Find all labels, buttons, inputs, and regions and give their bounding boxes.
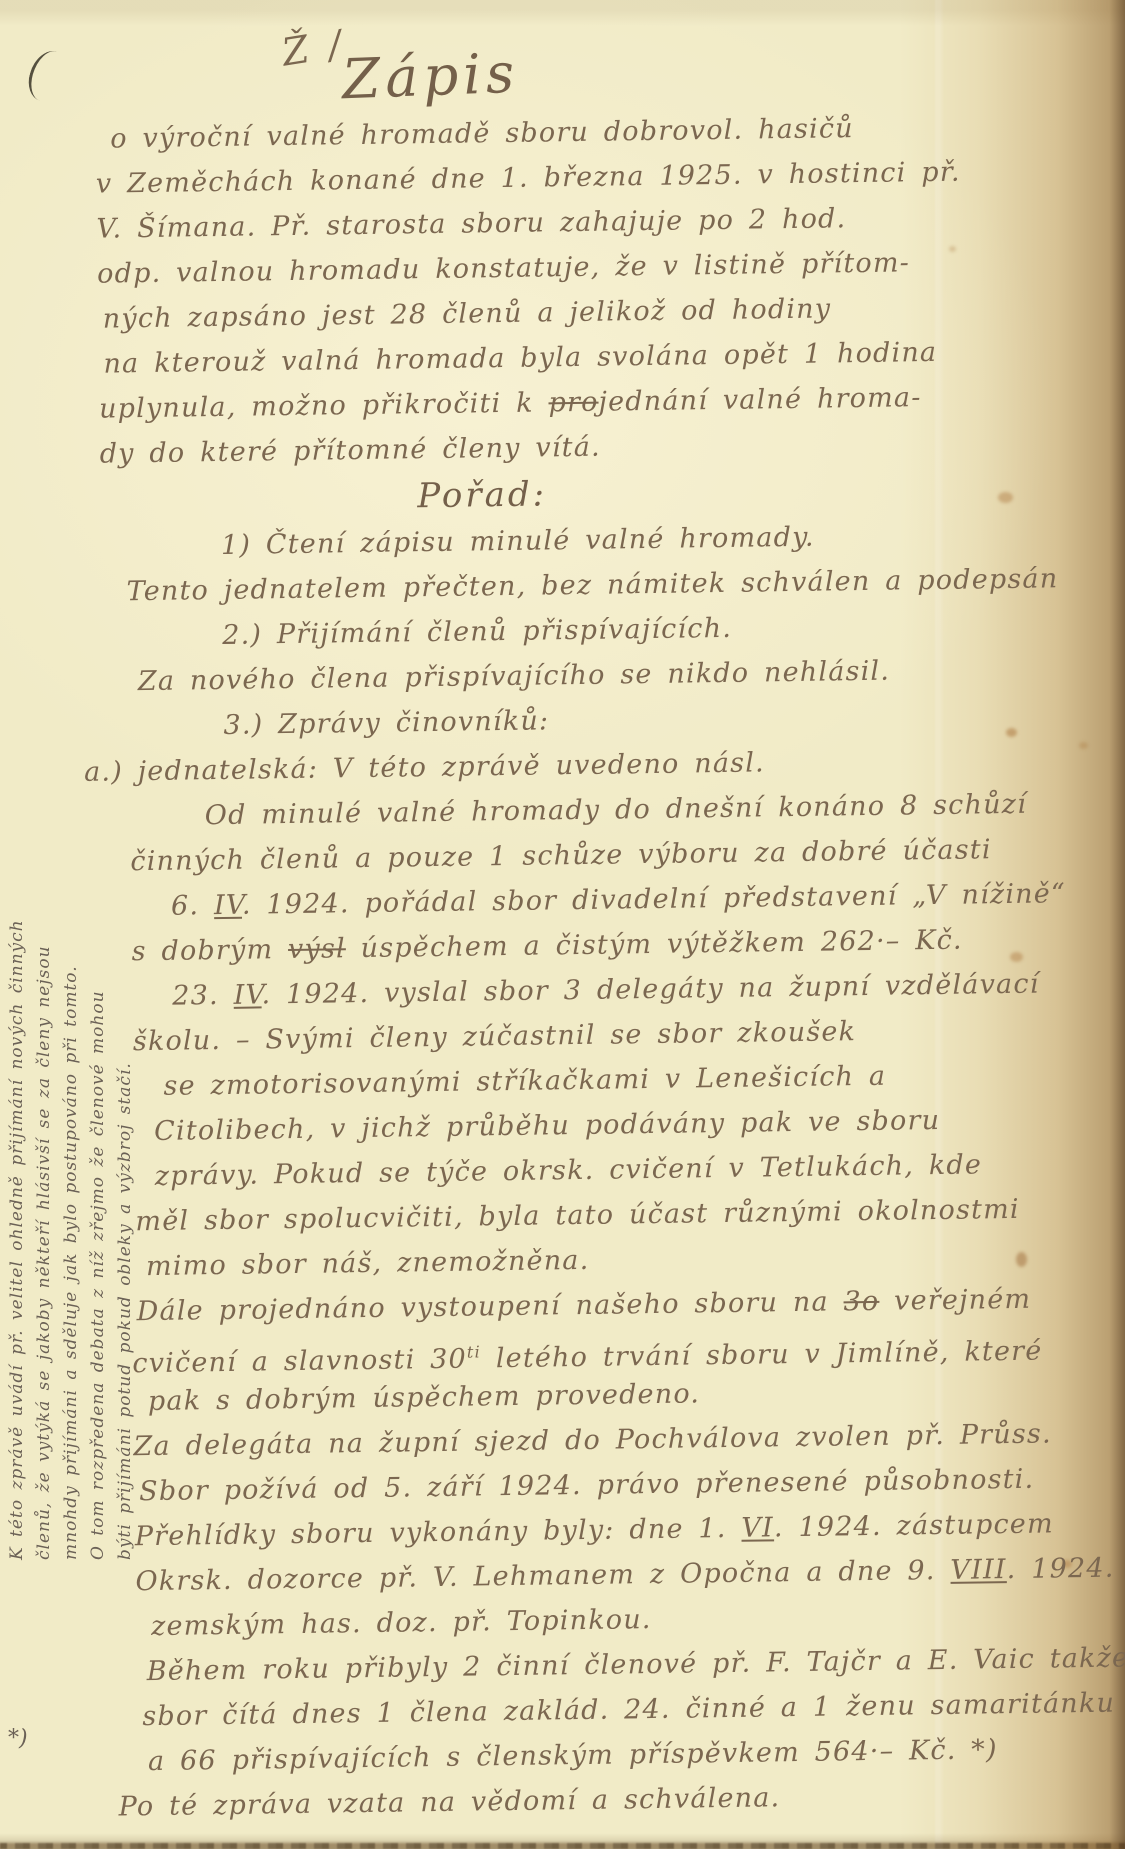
margin-note-line: mnohdy přijímáni a sděluje jak bylo post… bbox=[58, 768, 85, 1560]
pen-mark bbox=[24, 46, 74, 106]
document-title: Zápis bbox=[341, 41, 520, 112]
footnote-marker: *) bbox=[8, 1726, 28, 1751]
margin-note-line: býti přijímáni potud pokud obleky a výzb… bbox=[112, 768, 139, 1560]
document-body: o výroční valné hromadě sboru dobrovol. … bbox=[0, 102, 1125, 1831]
margin-note-line: O tom rozpředena debata z níž zřejmo že … bbox=[85, 768, 112, 1560]
manuscript-page: Ž / Zápis o výroční valné hromadě sboru … bbox=[0, 0, 1125, 1849]
page-bottom-edge bbox=[0, 1843, 1125, 1849]
margin-note-line: členů, že vytýká se jakoby někteří hlási… bbox=[31, 768, 58, 1560]
margin-note-line: K této zprávě uvádí př. velitel ohledně … bbox=[4, 768, 31, 1560]
ink-flourish: Ž / bbox=[279, 21, 348, 74]
margin-note: K této zprávě uvádí př. velitel ohledně … bbox=[4, 768, 152, 1560]
